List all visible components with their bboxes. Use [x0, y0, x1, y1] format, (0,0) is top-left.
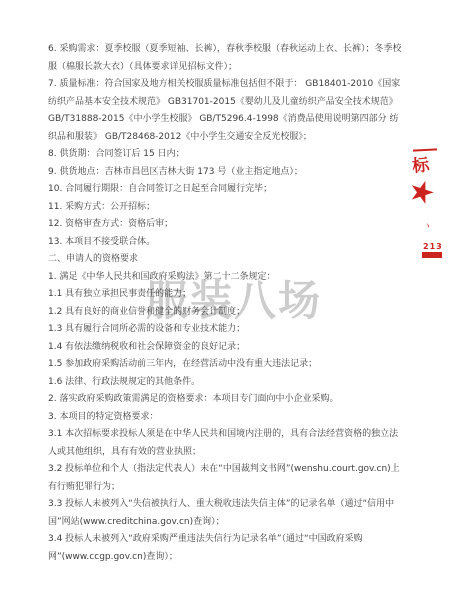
doc-paragraph-req1-5: 1.5 参加政府采购活动前三年内，在经营活动中没有重大违法记录；	[48, 356, 407, 374]
doc-paragraph-req1: 1. 满足《中华人民共和国政府采购法》第二十二条规定：	[48, 269, 407, 287]
doc-paragraph-req3-3: 3.3 投标人未被列入“失信被执行人、重大税收违法失信主体”的记录名单（通过“信…	[48, 496, 407, 531]
doc-paragraph-item12: 12. 资格审查方式：资格后审；	[48, 216, 407, 234]
doc-paragraph-item6: 6. 采购需求：夏季校服（夏季短袖、长裤），春秋季校服（春秋运动上衣、长裤）；冬…	[48, 41, 407, 76]
doc-paragraph-req2: 2. 落实政府采购政策需满足的资格要求：本项目专门面向中小企业采购。	[48, 391, 407, 409]
doc-paragraph-req3-1: 3.1 本次招标要求投标人须是在中华人民共和国境内注册的，具有合法经营资格的独立…	[48, 426, 407, 461]
stamp-star-icon: ★	[404, 175, 439, 212]
document-page: 服装八场 6. 采购需求：夏季校服（夏季短袖、长裤），春秋季校服（春秋运动上衣、…	[0, 0, 450, 600]
doc-paragraph-req1-2: 1.2 具有良好的商业信誉和健全的财务会计制度；	[48, 304, 407, 322]
doc-paragraph-req1-1: 1.1 具有独立承担民事责任的能力；	[48, 286, 407, 304]
stamp-mark: 丶	[421, 218, 434, 233]
doc-paragraph-item8: 8. 供货期：合同签订后 15 日内；	[48, 146, 407, 164]
section-heading: 二、申请人的资格要求	[48, 251, 407, 269]
doc-paragraph-req3-2: 3.2 投标单位和个人（指法定代表人）未在“中国裁判文书网”(wenshu.co…	[48, 461, 407, 496]
doc-paragraph-req1-4: 1.4 有依法缴纳税收和社会保障资金的良好记录；	[48, 339, 407, 357]
stamp-number: 213	[423, 242, 443, 251]
document-body: 6. 采购需求：夏季校服（夏季短袖、长裤），春秋季校服（春秋运动上衣、长裤）；冬…	[48, 41, 407, 566]
doc-paragraph-req3-4: 3.4 投标人未被列入“政府采购严重违法失信行为记录名单”（通过“中国政府采购网…	[48, 531, 407, 566]
doc-paragraph-item9: 9. 供货地点：吉林市昌邑区吉林大街 173 号（业主指定地点）；	[48, 164, 407, 182]
doc-paragraph-item11: 11. 采购方式：公开招标；	[48, 199, 407, 217]
doc-paragraph-item13: 13. 本项目不接受联合体。	[48, 234, 407, 252]
doc-paragraph-item10: 10. 合同履行期限：自合同签订之日起至合同履行完毕；	[48, 181, 407, 199]
doc-paragraph-req1-6: 1.6 法律、行政法规规定的其他条件。	[48, 374, 407, 392]
doc-paragraph-item7: 7. 质量标准：符合国家及地方相关校服质量标准包括但不限于： GB18401-2…	[48, 76, 407, 146]
stamp-bar	[422, 252, 442, 258]
doc-paragraph-req1-3: 1.3 具有履行合同所必需的设备和专业技术能力；	[48, 321, 407, 339]
doc-paragraph-req3: 3. 本项目的特定资格要求：	[48, 409, 407, 427]
